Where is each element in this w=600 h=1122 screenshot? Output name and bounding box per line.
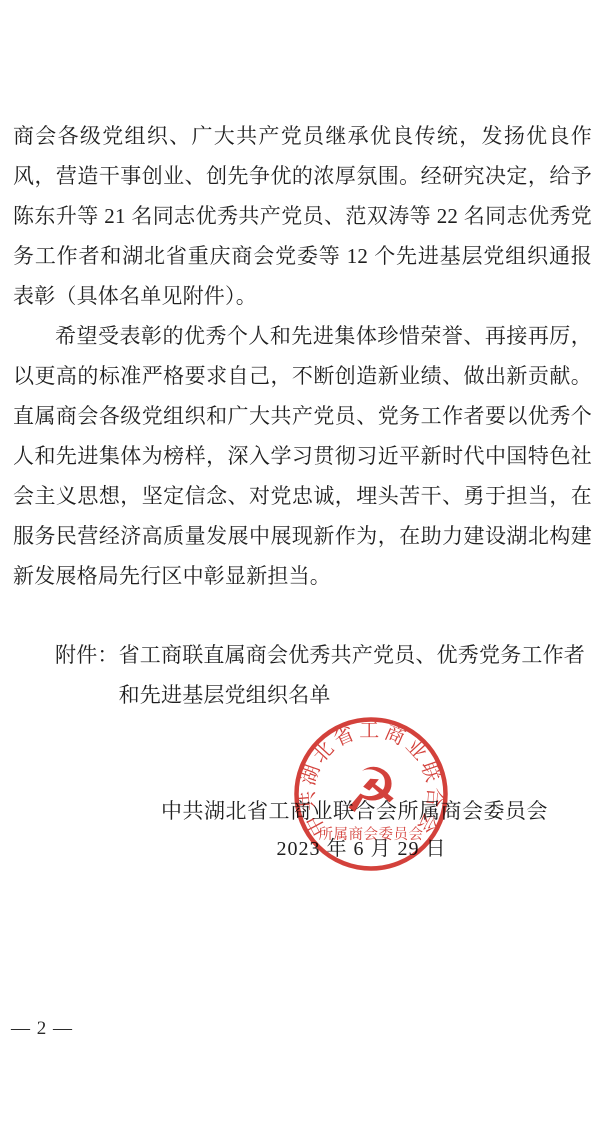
attachment-title-line-1: 省工商联直属商会优秀共产党员、优秀党务工作者 [119,635,592,675]
hammer-sickle-icon: ☭ [343,754,399,827]
document-page: 商会各级党组织、广大共产党员继承优良传统，发扬优良作风，营造干事创业、创先争优的… [0,0,600,1122]
official-seal-stamp: 中共湖北省工商业联合会 ☭ 所属商会委员会 [291,712,451,874]
paragraph-hope-and-call: 希望受表彰的优秀个人和先进集体珍惜荣誉、再接再厉，以更高的标准严格要求自己，不断… [13,316,592,596]
attachment-note: 附件： 省工商联直属商会优秀共产党员、优秀党务工作者 和先进基层党组织名单 [13,635,592,715]
attachment-title-line-2: 和先进基层党组织名单 [119,675,592,715]
seal-bottom-text: 所属商会委员会 [319,826,424,843]
paragraph-commendation-decision: 商会各级党组织、广大共产党员继承优良传统，发扬优良作风，营造干事创业、创先争优的… [13,116,592,316]
attachment-title: 省工商联直属商会优秀共产党员、优秀党务工作者 和先进基层党组织名单 [119,635,592,715]
page-number: — 2 — [11,1018,73,1040]
attachment-label: 附件： [55,635,119,675]
